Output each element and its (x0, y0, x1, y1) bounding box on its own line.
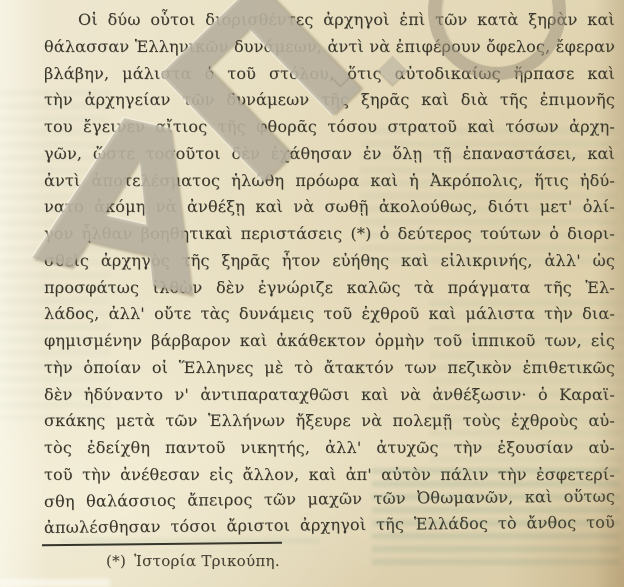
text-line: φημισμένην βάρβαρον καὶ ἀκάθεκτον ὁρμὴν … (44, 328, 615, 355)
text-line: λάδος, ἀλλ' οὔτε τὰς δυνάμεις τοῦ ἐχθροῦ… (44, 301, 615, 328)
text-line: νατο ἀκόμη νὰ ἀνθέξῃ καὶ νὰ σωθῇ ἀκολούθ… (44, 194, 615, 221)
scanned-book-page: Οἱ δύω οὗτοι διορισθέντες ἀρχηγοὶ ἐπὶ τῶ… (0, 0, 624, 587)
text-line: του ἔγεινεν αἴτιος τῆς φθορᾶς τόσου στρα… (44, 114, 615, 141)
footnote-marker: (*) (106, 552, 126, 570)
text-line: σκάκης μετὰ τῶν Ἑλλήνων ἤξευρε νὰ πολεμῇ… (44, 408, 615, 435)
text-line: γον ἦλθαν βοηθητικαὶ περιστάσεις (*) ὁ δ… (44, 221, 615, 248)
page-left-edge-highlight (0, 0, 46, 587)
footnote: (*)Ἱστορία Τρικούπη. (106, 552, 280, 570)
text-line: προσφάτως ἰλθὼν δὲν ἐγνώριζε καλῶς τὰ πρ… (44, 275, 615, 302)
text-line: ἀντὶ ἀποτελέσματος ἡλώθη πρόωρα καὶ ἡ Ἀκ… (44, 168, 615, 195)
bottom-right-corner-shadow (504, 447, 624, 587)
text-line: γῶν, ὥστε τοσοῦτοι δὲν ἐχάθησαν ἐν ὅλῃ τ… (44, 141, 615, 168)
text-line: σθεὶς ἀρχηγὸς τῆς ξηρᾶς ἦτον εὐήθης καὶ … (44, 248, 615, 275)
text-line: δὲν ἠδύναντο ν' ἀντιπαραταχθῶσι καὶ νὰ ἀ… (44, 382, 615, 409)
text-line: τὴν ὁποίαν οἱ Ἕλληνες μὲ τὸ ἄτακτόν των … (44, 355, 615, 382)
bottom-left-edge-highlight (0, 579, 110, 587)
text-line: τὴν ἀρχηγείαν τῶν δυνάμεων τῆς ξηρᾶς καὶ… (44, 87, 615, 114)
footnote-text: Ἱστορία Τρικούπη. (134, 552, 280, 570)
footnote-separator (42, 542, 282, 547)
